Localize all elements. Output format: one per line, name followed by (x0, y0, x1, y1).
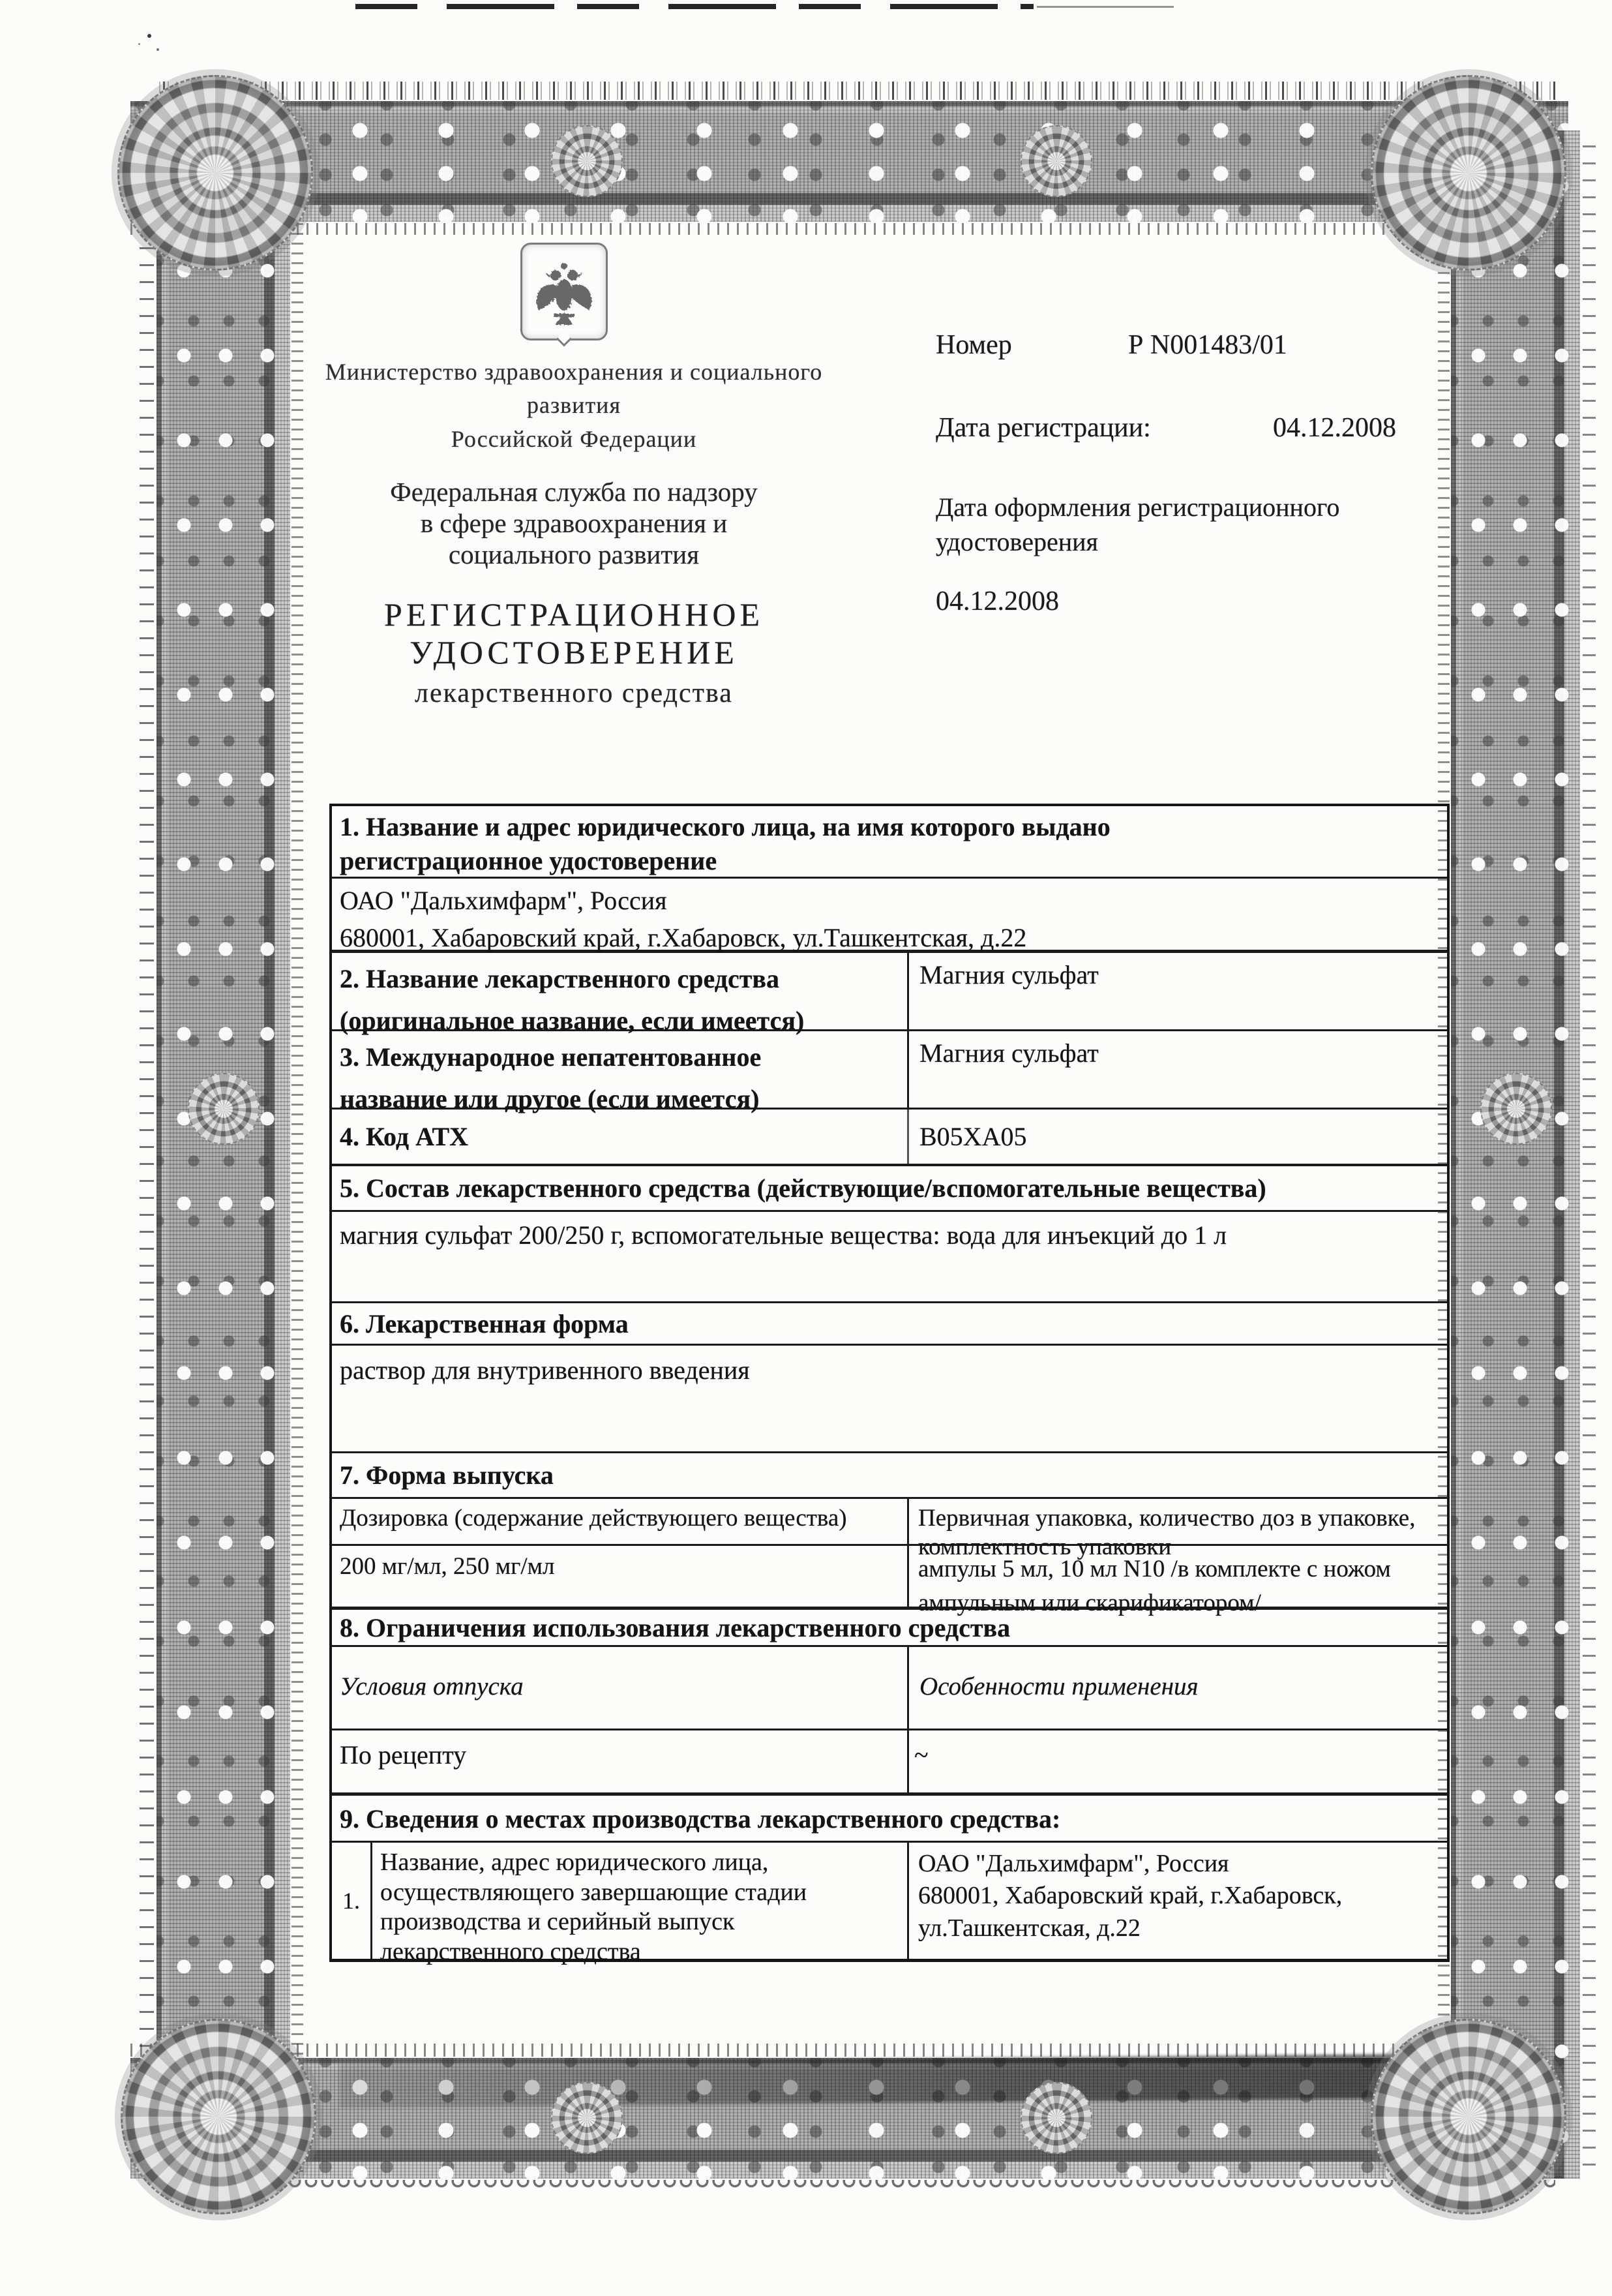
service-line: Федеральная служба по надзору (261, 477, 887, 508)
coat-of-arms-icon (520, 243, 608, 340)
border-medallion (188, 1073, 260, 1145)
dispensing-conditions-label: Условия отпуска (332, 1647, 909, 1729)
document-subtitle: лекарственного средства (261, 678, 887, 709)
production-site-number: 1. (332, 1843, 372, 1959)
row7-values: 200 мг/мл, 250 мг/мл ампулы 5 мл, 10 мл … (332, 1546, 1447, 1610)
scan-speck (147, 34, 151, 38)
border-medallion (551, 2082, 623, 2154)
row4-atc-code: 4. Код АТХ B05XA05 (332, 1110, 1447, 1166)
dispensing-conditions-value: По рецепту (332, 1730, 909, 1792)
row5-composition-value: магния сульфат 200/250 г, вспомогательны… (332, 1212, 1447, 1303)
application-features-value: ~ (909, 1730, 1447, 1792)
ministry-line: Министерство здравоохранения и социально… (261, 355, 887, 389)
issue-date-label: Дата оформления регистрационного удостов… (936, 491, 1360, 560)
row5-header: 5. Состав лекарственного средства (дейст… (332, 1166, 1447, 1212)
row6-dosage-form-value: раствор для внутривенного введения (332, 1346, 1447, 1453)
scan-smudge (339, 2053, 1549, 2107)
border-medallion (1021, 125, 1092, 197)
dosage-value: 200 мг/мл, 250 мг/мл (332, 1546, 909, 1607)
holder-address: 680001, Хабаровский край, г.Хабаровск, у… (340, 920, 1440, 957)
number-label: Номер (936, 329, 1012, 361)
scan-speck (138, 43, 140, 45)
row9-header: 9. Сведения о местах производства лекарс… (332, 1796, 1447, 1843)
document-title: РЕГИСТРАЦИОННОЕ УДОСТОВЕРЕНИЕ (261, 596, 887, 671)
scan-speck (157, 48, 159, 51)
document-title-line: РЕГИСТРАЦИОННОЕ (261, 596, 887, 633)
border-ornament-right (1451, 130, 1580, 2179)
row7-header: 7. Форма выпуска (332, 1453, 1447, 1499)
row7-subheaders: Дозировка (содержание действующего вещес… (332, 1499, 1447, 1546)
production-site-value: ОАО "Дальхимфарм", Россия 680001, Хабаро… (909, 1843, 1447, 1959)
row9-production-site: 1. Название, адрес юридического лица, ос… (332, 1843, 1447, 1962)
ministry-name: Министерство здравоохранения и социально… (261, 355, 887, 456)
application-features-label: Особенности применения (909, 1647, 1447, 1729)
row1-header-line: 1. Название и адрес юридического лица, н… (340, 810, 1408, 844)
border-medallion (551, 125, 623, 197)
registration-table: 1. Название и адрес юридического лица, н… (329, 804, 1450, 1962)
border-medallion (1480, 1073, 1552, 1145)
packaging-column-header: Первичная упаковка, количество доз в упа… (909, 1499, 1447, 1544)
service-line: социального развития (261, 539, 887, 571)
production-site-label: Название, адрес юридического лица, осуще… (372, 1843, 909, 1959)
holder-name: ОАО "Дальхимфарм", Россия (340, 883, 1440, 920)
dosage-column-header: Дозировка (содержание действующего вещес… (332, 1499, 909, 1544)
corner-rosette-top-left (117, 75, 313, 271)
service-line: в сфере здравоохранения и (261, 508, 887, 539)
corner-rosette-bottom-right (1371, 2019, 1566, 2214)
ministry-line: Российской Федерации (261, 423, 887, 456)
row1-value: ОАО "Дальхимфарм", Россия 680001, Хабаро… (332, 879, 1447, 953)
registration-date-value: 04.12.2008 (1273, 412, 1396, 444)
scanned-registration-certificate: Министерство здравоохранения и социально… (0, 0, 1612, 2296)
number-value: Р N001483/01 (1128, 329, 1287, 361)
row4-label: 4. Код АТХ (332, 1110, 909, 1164)
row2-label: 2. Название лекарственного средства (ори… (332, 953, 909, 1029)
document-title-line: УДОСТОВЕРЕНИЕ (261, 633, 887, 671)
row1-header: 1. Название и адрес юридического лица, н… (332, 806, 1447, 879)
border-ornament-top (130, 101, 1568, 222)
packaging-value: ампулы 5 мл, 10 мл N10 /в комплекте с но… (909, 1546, 1447, 1607)
row8-values: По рецепту ~ (332, 1730, 1447, 1796)
border-medallion (1021, 2082, 1092, 2154)
federal-service-name: Федеральная служба по надзору в сфере зд… (261, 477, 887, 571)
corner-rosette-bottom-left (121, 2019, 316, 2214)
corner-rosette-top-right (1371, 75, 1566, 271)
issue-date-value: 04.12.2008 (936, 586, 1059, 617)
row2-value: Магния сульфат (909, 953, 1447, 1029)
registration-date-label: Дата регистрации: (936, 412, 1151, 444)
scan-artifact-top-line (1037, 6, 1174, 8)
ministry-line: развития (261, 389, 887, 422)
row3-inn-name: 3. Международное непатентованное названи… (332, 1031, 1447, 1110)
border-ornament-bottom (130, 2058, 1568, 2179)
row1-header-line: регистрационное удостоверение (340, 844, 1408, 878)
scan-artifact-top-dashes (355, 4, 1034, 9)
row2-drug-name: 2. Название лекарственного средства (ори… (332, 953, 1447, 1031)
row4-value: B05XA05 (909, 1121, 1447, 1152)
row3-value: Магния сульфат (909, 1031, 1447, 1108)
row3-label: 3. Международное непатентованное названи… (332, 1031, 909, 1108)
row6-header: 6. Лекарственная форма (332, 1303, 1447, 1346)
row8-header: 8. Ограничения использования лекарственн… (332, 1610, 1447, 1647)
issuing-authority-block: Министерство здравоохранения и социально… (261, 355, 887, 709)
row8-subheaders: Условия отпуска Особенности применения (332, 1647, 1447, 1730)
